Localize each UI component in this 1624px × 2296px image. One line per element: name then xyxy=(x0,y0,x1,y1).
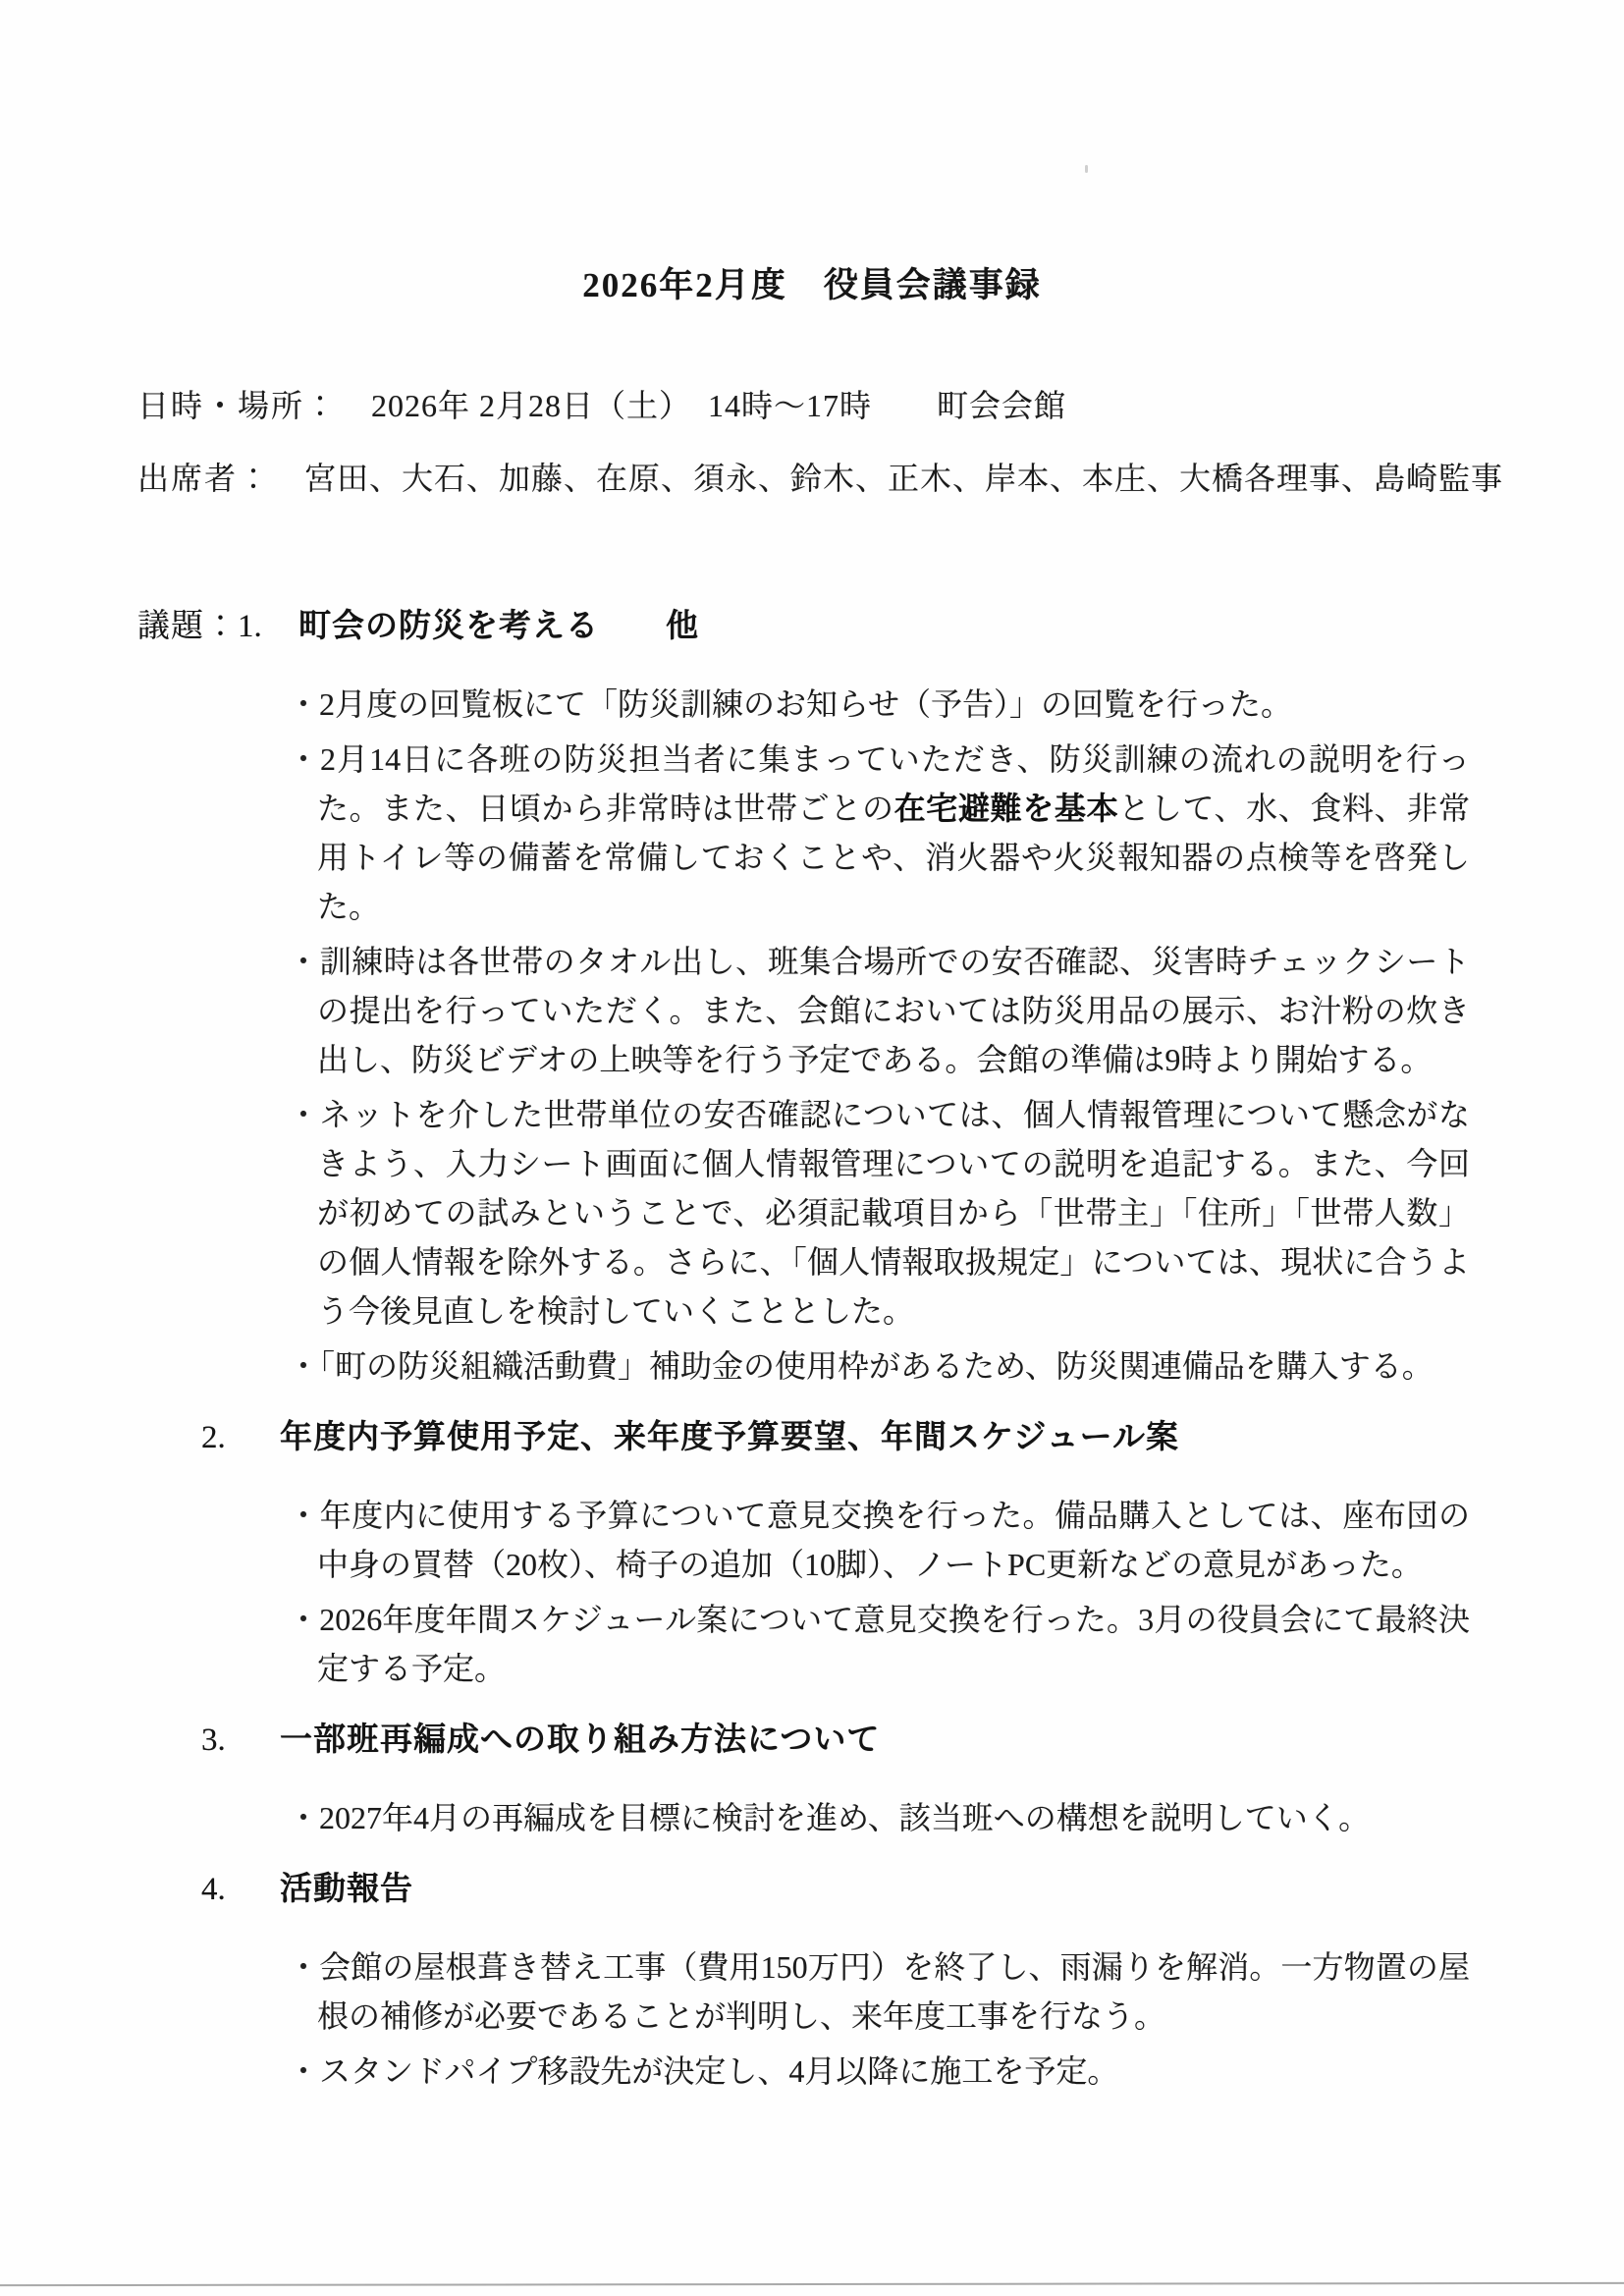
section-number: 1. xyxy=(238,605,298,648)
scan-artifact-speck xyxy=(1085,165,1088,173)
bullet-item: ・スタンドパイプ移設先が決定し、4月以降に施工を予定。 xyxy=(288,2047,1470,2096)
section-number: 4. xyxy=(201,1868,280,1911)
bullet-item: ・2027年4月の再編成を目標に検討を進め、該当班への構想を説明していく。 xyxy=(288,1793,1470,1842)
bullet-text: 2027年4月の再編成を目標に検討を進め、該当班への構想を説明していく。 xyxy=(319,1800,1370,1835)
section-number: 2. xyxy=(201,1416,280,1459)
bullet-marker: ・ xyxy=(288,944,320,979)
bullet-text: 2026年度年間スケジュール案について意見交換を行った。3月の役員会にて最終決定… xyxy=(317,1602,1470,1686)
agenda-section-4: 4.活動報告・会館の屋根葺き替え工事（費用150万円）を終了し、雨漏りを解消。一… xyxy=(137,1868,1485,2096)
bullet-item: ・訓練時は各世帯のタオル出し、班集合場所での安否確認、災害時チェックシートの提出… xyxy=(288,937,1470,1084)
bullet-list: ・2027年4月の再編成を目標に検討を進め、該当班への構想を説明していく。 xyxy=(288,1793,1470,1842)
bullet-marker: ・ xyxy=(288,1348,319,1384)
bullet-item: ・2月度の回覧板にて「防災訓練のお知らせ（予告）」の回覧を行った。 xyxy=(288,680,1470,729)
section-number: 3. xyxy=(201,1719,280,1762)
section-heading: 2.年度内予算使用予定、来年度予算要望、年間スケジュール案 xyxy=(201,1416,1485,1459)
agenda-label: 議題： xyxy=(137,609,238,644)
bullet-item: ・会館の屋根葺き替え工事（費用150万円）を終了し、雨漏りを解消。一方物置の屋根… xyxy=(288,1942,1470,2041)
bullet-text: 訓練時は各世帯のタオル出し、班集合場所での安否確認、災害時チェックシートの提出を… xyxy=(317,944,1470,1077)
minutes-body: 議題：1.町会の防災を考える 他・2月度の回覧板にて「防災訓練のお知らせ（予告）… xyxy=(137,605,1485,2121)
section-heading: 3.一部班再編成への取り組み方法について xyxy=(201,1719,1485,1762)
section-title: 一部班再編成への取り組み方法について xyxy=(280,1722,880,1758)
scan-edge-line xyxy=(0,2282,1624,2286)
bullet-text: 在宅避難を基本 xyxy=(894,791,1119,826)
bullet-list: ・2月度の回覧板にて「防災訓練のお知らせ（予告）」の回覧を行った。・2月14日に… xyxy=(288,680,1470,1391)
section-title: 活動報告 xyxy=(280,1872,413,1907)
section-heading: 議題：1.町会の防災を考える 他 xyxy=(137,605,1485,648)
bullet-item: ・年度内に使用する予算について意見交換を行った。備品購入としては、座布団の中身の… xyxy=(288,1491,1470,1589)
document-title: 2026年2月度 役員会議事録 xyxy=(0,258,1624,307)
bullet-list: ・年度内に使用する予算について意見交換を行った。備品購入としては、座布団の中身の… xyxy=(288,1491,1470,1693)
section-title: 年度内予算使用予定、来年度予算要望、年間スケジュール案 xyxy=(280,1420,1179,1455)
bullet-item: ・2026年度年間スケジュール案について意見交換を行った。3月の役員会にて最終決… xyxy=(288,1595,1470,1693)
agenda-section-2: 2.年度内予算使用予定、来年度予算要望、年間スケジュール案・年度内に使用する予算… xyxy=(137,1416,1485,1693)
meta-value-datetime-place: 2026年 2月28日（土） 14時～17時 町会会館 xyxy=(371,388,1066,423)
bullet-text: 年度内に使用する予算について意見交換を行った。備品購入としては、座布団の中身の買… xyxy=(317,1498,1470,1582)
bullet-text: 「町の防災組織活動費」補助金の使用枠があるため、防災関連備品を購入する。 xyxy=(319,1348,1434,1384)
section-title: 町会の防災を考える 他 xyxy=(298,609,699,644)
agenda-section-1: 議題：1.町会の防災を考える 他・2月度の回覧板にて「防災訓練のお知らせ（予告）… xyxy=(137,605,1485,1391)
bullet-list: ・会館の屋根葺き替え工事（費用150万円）を終了し、雨漏りを解消。一方物置の屋根… xyxy=(288,1942,1470,2096)
bullet-marker: ・ xyxy=(288,1800,319,1835)
bullet-marker: ・ xyxy=(288,1097,320,1132)
bullet-text: 会館の屋根葺き替え工事（費用150万円）を終了し、雨漏りを解消。一方物置の屋根の… xyxy=(317,1949,1470,2034)
scanned-minutes-page: 2026年2月度 役員会議事録 日時・場所：2026年 2月28日（土） 14時… xyxy=(0,0,1624,2296)
meta-label-attendees: 出席者： xyxy=(137,461,271,496)
bullet-item: ・ネットを介した世帯単位の安否確認については、個人情報管理について懸念がなきよう… xyxy=(288,1090,1470,1336)
meta-row-datetime-place: 日時・場所：2026年 2月28日（土） 14時～17時 町会会館 xyxy=(137,381,1066,426)
meta-row-attendees: 出席者：宮田、大石、加藤、在原、須永、鈴木、正木、岸本、本庄、大橋各理事、島崎監… xyxy=(137,454,1503,499)
bullet-marker: ・ xyxy=(288,1949,319,1985)
bullet-item: ・「町の防災組織活動費」補助金の使用枠があるため、防災関連備品を購入する。 xyxy=(288,1341,1470,1391)
agenda-section-3: 3.一部班再編成への取り組み方法について・2027年4月の再編成を目標に検討を進… xyxy=(137,1719,1485,1842)
meta-label-datetime-place: 日時・場所： xyxy=(137,388,338,423)
bullet-text: 2月度の回覧板にて「防災訓練のお知らせ（予告）」の回覧を行った。 xyxy=(319,686,1292,722)
bullet-marker: ・ xyxy=(288,2053,319,2089)
bullet-marker: ・ xyxy=(288,1498,320,1533)
bullet-text: スタンドパイプ移設先が決定し、4月以降に施工を予定。 xyxy=(319,2053,1118,2089)
bullet-text: ネットを介した世帯単位の安否確認については、個人情報管理について懸念がなきよう、… xyxy=(317,1097,1470,1329)
bullet-marker: ・ xyxy=(288,686,319,722)
bullet-marker: ・ xyxy=(288,1602,319,1637)
meta-value-attendees: 宮田、大石、加藤、在原、須永、鈴木、正木、岸本、本庄、大橋各理事、島崎監事 xyxy=(304,461,1503,496)
bullet-item: ・2月14日に各班の防災担当者に集まっていただき、防災訓練の流れの説明を行った。… xyxy=(288,735,1470,931)
bullet-marker: ・ xyxy=(288,741,320,777)
section-heading: 4.活動報告 xyxy=(201,1868,1485,1911)
